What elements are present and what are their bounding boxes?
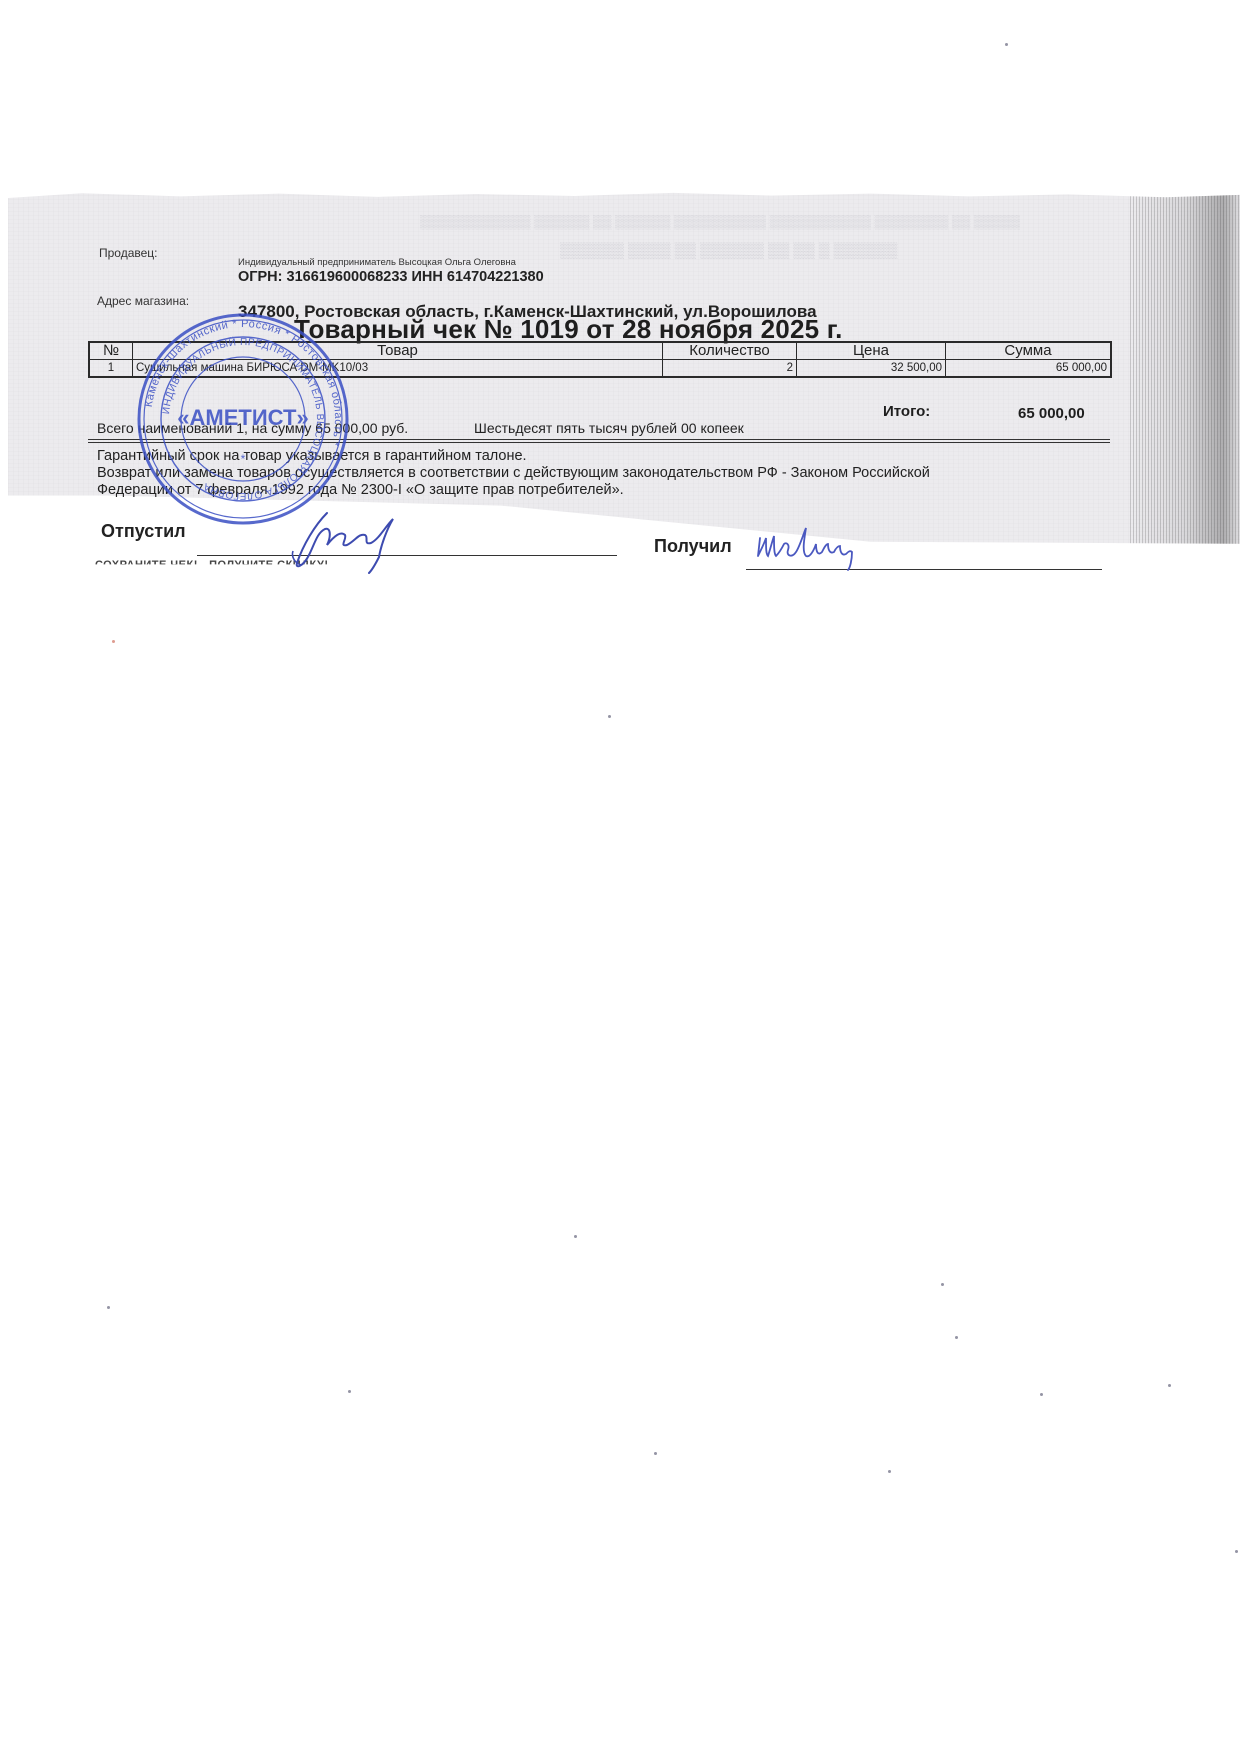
column-header-quantity: Количество — [663, 342, 797, 360]
scan-speck — [654, 1452, 657, 1455]
column-header-product: Товар — [133, 342, 663, 360]
cell-product: Сушильная машина БИРЮСА DM-MK10/03 — [133, 360, 663, 378]
total-value: 65 000,00 — [1018, 405, 1085, 422]
return-note-line-2: Федерации от 7 февраля 1992 года № 2300-… — [97, 482, 624, 499]
show-through-noise: ▒▒▒▒▒▒ ▒ ▒▒ ▒▒ ▒▒▒▒▒▒ ▒▒ ▒▒▒▒ ▒▒▒▒▒▒ — [560, 242, 897, 259]
released-by-signature-icon — [275, 505, 425, 575]
warranty-note: Гарантийный срок на товар указывается в … — [97, 448, 527, 465]
cell-price: 32 500,00 — [797, 360, 946, 378]
total-label: Итого: — [883, 403, 930, 420]
cell-quantity: 2 — [663, 360, 797, 378]
cell-sum: 65 000,00 — [946, 360, 1112, 378]
amount-in-words: Шестьдесят пять тысяч рублей 00 копеек — [474, 420, 744, 436]
scan-speck — [1040, 1393, 1043, 1396]
column-header-number: № — [89, 342, 133, 360]
scan-speck — [888, 1470, 891, 1473]
scan-speck — [608, 715, 611, 718]
scan-speck — [574, 1235, 577, 1238]
released-by-label: Отпустил — [101, 521, 186, 542]
cell-number: 1 — [89, 360, 133, 378]
scan-speck — [955, 1336, 958, 1339]
scan-speck — [348, 1390, 351, 1393]
table-header-row: № Товар Количество Цена Сумма — [89, 342, 1111, 360]
received-by-label: Получил — [654, 536, 732, 557]
footer-cut-text: СОХРАНИТЕ ЧЕК! - ПОЛУЧИТЕ СКИДКУ! — [95, 559, 329, 571]
column-header-sum: Сумма — [946, 342, 1112, 360]
released-by-signature-line — [197, 555, 617, 556]
column-header-price: Цена — [797, 342, 946, 360]
seller-label: Продавец: — [99, 246, 158, 260]
items-table: № Товар Количество Цена Сумма 1 Сушильна… — [88, 341, 1112, 378]
scan-speck — [1168, 1384, 1171, 1387]
double-divider — [88, 439, 1110, 443]
scan-speck — [1235, 1550, 1238, 1553]
table-row: 1 Сушильная машина БИРЮСА DM-MK10/03 2 3… — [89, 360, 1111, 378]
scan-speck — [112, 640, 115, 643]
received-by-signature-line — [746, 569, 1102, 570]
seller-name: Индивидуальный предприниматель Высоцкая … — [238, 257, 516, 268]
show-through-noise: ▒▒▒▒▒ ▒▒ ▒▒▒▒▒▒▒▒ ▒▒▒▒▒▒▒▒▒▒▒ ▒▒▒▒▒▒▒▒▒▒… — [420, 214, 1020, 229]
scan-speck — [1005, 43, 1008, 46]
items-summary: Всего наименований 1, на сумму 65 000,00… — [97, 420, 408, 436]
return-note-line-1: Возврат или замена товаров осуществляетс… — [97, 465, 930, 482]
address-label: Адрес магазина: — [97, 294, 189, 308]
scanner-edge-shadow — [1130, 190, 1240, 592]
seller-registration-ids: ОГРН: 316619600068233 ИНН 614704221380 — [238, 269, 544, 285]
scan-speck — [941, 1283, 944, 1286]
scan-speck — [107, 1306, 110, 1309]
